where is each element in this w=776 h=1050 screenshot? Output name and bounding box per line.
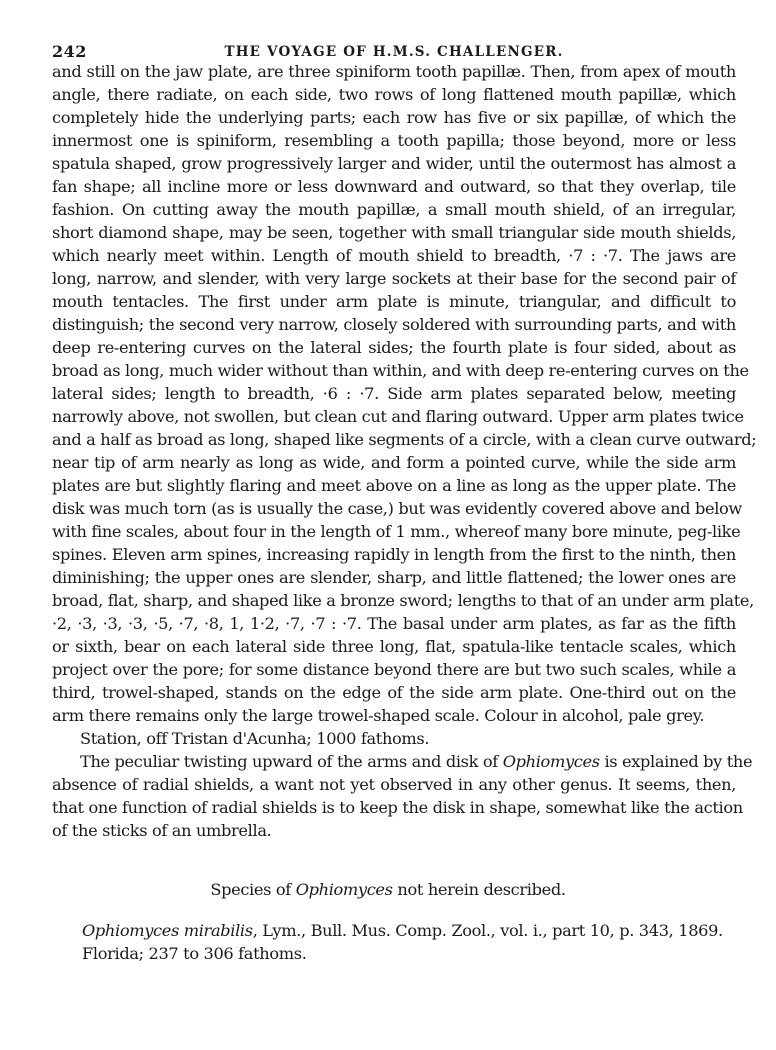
text-line: completely hide the underlying parts; ea… bbox=[52, 108, 736, 128]
text-line: plates are but slightly flaring and meet… bbox=[52, 476, 736, 496]
text-line: ·2, ·3, ·3, ·3, ·5, ·7, ·8, 1, 1·2, ·7, … bbox=[52, 614, 736, 634]
text-line: and a half as broad as long, shaped like… bbox=[52, 430, 736, 450]
text-line: or sixth, bear on each lateral side thre… bbox=[52, 637, 736, 657]
species-locality: Florida; 237 to 306 fathoms. bbox=[82, 944, 306, 964]
text-line: disk was much torn (as is usually the ca… bbox=[52, 499, 736, 519]
text-line: fashion. On cutting away the mouth papil… bbox=[52, 200, 736, 220]
species-name: Ophiomyces mirabilis bbox=[82, 921, 253, 940]
text-line: near tip of arm nearly as long as wide, … bbox=[52, 453, 736, 473]
text-line: that one function of radial shields is t… bbox=[52, 798, 736, 818]
text-line: broad as long, much wider without than w… bbox=[52, 361, 736, 381]
page-header: 242 THE VOYAGE OF H.M.S. CHALLENGER. bbox=[52, 42, 736, 64]
book-page: 242 THE VOYAGE OF H.M.S. CHALLENGER. and… bbox=[0, 0, 776, 1050]
text-line: The peculiar twisting upward of the arms… bbox=[80, 752, 736, 772]
text-line: broad, flat, sharp, and shaped like a br… bbox=[52, 591, 736, 611]
text-line: fan shape; all incline more or less down… bbox=[52, 177, 736, 197]
text-line: arm there remains only the large trowel-… bbox=[52, 706, 736, 726]
text-line: which nearly meet within. Length of mout… bbox=[52, 246, 736, 266]
station-line: Station, off Tristan d'Acunha; 1000 fath… bbox=[80, 729, 736, 749]
text-line: diminishing; the upper ones are slender,… bbox=[52, 568, 736, 588]
text-line: long, narrow, and slender, with very lar… bbox=[52, 269, 736, 289]
genus-name: Ophiomyces bbox=[296, 880, 393, 899]
genus-name: Ophiomyces bbox=[503, 752, 600, 771]
text-line: mouth tentacles. The first under arm pla… bbox=[52, 292, 736, 312]
text-line: of the sticks of an umbrella. bbox=[52, 821, 736, 841]
text-line: third, trowel-shaped, stands on the edge… bbox=[52, 683, 736, 703]
text-line: project over the pore; for some distance… bbox=[52, 660, 736, 680]
text-line: angle, there radiate, on each side, two … bbox=[52, 85, 736, 105]
text-line: with fine scales, about four in the leng… bbox=[52, 522, 736, 542]
text-line: spines. Eleven arm spines, increasing ra… bbox=[52, 545, 736, 565]
text-line: short diamond shape, may be seen, togeth… bbox=[52, 223, 736, 243]
text-line: distinguish; the second very narrow, clo… bbox=[52, 315, 736, 335]
text-line: lateral sides; length to breadth, ·6 : ·… bbox=[52, 384, 736, 404]
text-line: spatula shaped, grow progressively large… bbox=[52, 154, 736, 174]
species-citation: Ophiomyces mirabilis, Lym., Bull. Mus. C… bbox=[82, 921, 723, 941]
running-title: THE VOYAGE OF H.M.S. CHALLENGER. bbox=[52, 44, 736, 60]
text-line: narrowly above, not swollen, but clean c… bbox=[52, 407, 736, 427]
text-line: deep re-entering curves on the lateral s… bbox=[52, 338, 736, 358]
text-line: and still on the jaw plate, are three sp… bbox=[52, 62, 736, 82]
section-heading: Species of Ophiomyces not herein describ… bbox=[0, 880, 776, 900]
text-line: innermost one is spiniform, resembling a… bbox=[52, 131, 736, 151]
text-line: absence of radial shields, a want not ye… bbox=[52, 775, 736, 795]
